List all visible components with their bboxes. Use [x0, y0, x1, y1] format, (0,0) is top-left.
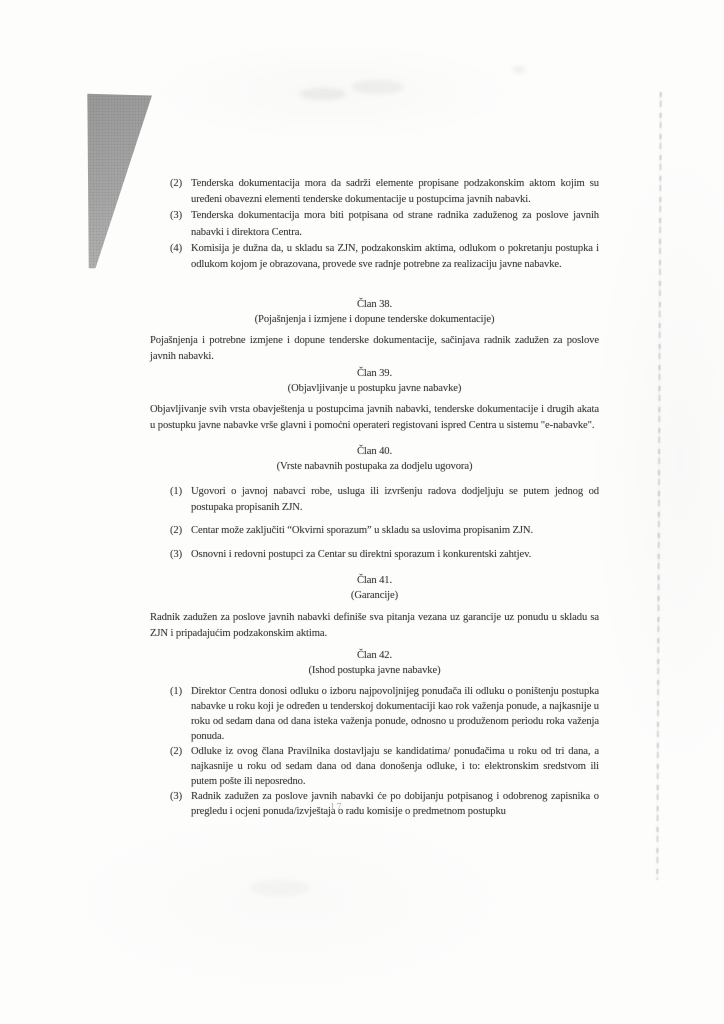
item-number: (3) [170, 547, 182, 563]
article-title: Član 39. [150, 366, 599, 381]
article-subtitle: (Garancije) [150, 588, 599, 603]
item-text: Osnovni i redovni postupci za Centar su … [191, 549, 531, 560]
scan-artifact-corner-triangle [86, 92, 154, 270]
list-item: (3) Tenderska dokumentacija mora biti po… [150, 208, 599, 240]
scan-smudge [300, 88, 346, 100]
scan-smudge [250, 880, 310, 896]
item-number: (3) [170, 789, 182, 804]
item-number: (2) [170, 176, 182, 192]
item-text: Odluke iz ovog člana Pravilnika dostavlj… [191, 746, 599, 787]
article-41: Član 41. (Garancije) Radnik zadužen za p… [150, 573, 599, 642]
article-title: Član 42. [150, 648, 599, 663]
item-text: Tenderska dokumentacija mora da sadrži e… [191, 178, 599, 205]
article-subtitle: (Ishod postupka javne nabavke) [150, 663, 599, 678]
list-item: (3) Radnik zadužen za poslove javnih nab… [150, 789, 599, 819]
scan-artifact-right-edge-line [656, 92, 661, 880]
article-39: Član 39. (Objavljivanje u postupku javne… [150, 366, 599, 434]
scan-smudge [352, 80, 404, 94]
article-title: Član 40. [150, 444, 599, 459]
article-item-list: (1) Ugovori o javnoj nabavci robe, uslug… [150, 484, 599, 563]
article-item-list: (1) Direktor Centra donosi odluku o izbo… [150, 684, 599, 819]
item-text: Komisija je dužna da, u skladu sa ZJN, p… [191, 243, 599, 270]
continued-article-items: (2) Tenderska dokumentacija mora da sadr… [150, 176, 599, 273]
item-text: Radnik zadužen za poslove javnih nabavki… [191, 791, 599, 817]
item-text: Ugovori o javnoj nabavci robe, usluga il… [191, 486, 599, 513]
list-item: (2) Tenderska dokumentacija mora da sadr… [150, 176, 599, 208]
article-title: Član 41. [150, 573, 599, 588]
scanned-document-page: (2) Tenderska dokumentacija mora da sadr… [0, 0, 724, 1024]
article-paragraph: Pojašnjenja i potrebne izmjene i dopune … [150, 333, 599, 365]
item-number: (3) [170, 208, 182, 224]
article-paragraph: Objavljivanje svih vrsta obavještenja u … [150, 402, 599, 434]
article-subtitle: (Vrste nabavnih postupaka za dodjelu ugo… [150, 459, 599, 474]
item-number: (1) [170, 484, 182, 500]
scan-smudge [512, 66, 526, 73]
list-item: (3) Osnovni i redovni postupci za Centar… [150, 547, 599, 563]
article-paragraph: Radnik zadužen za poslove javnih nabavki… [150, 610, 599, 642]
item-number: (2) [170, 523, 182, 539]
article-40: Član 40. (Vrste nabavnih postupaka za do… [150, 444, 599, 570]
article-subtitle: (Objavljivanje u postupku javne nabavke) [150, 381, 599, 396]
article-38: Član 38. (Pojašnjenja i izmjene i dopune… [150, 297, 599, 365]
article-title: Član 38. [150, 297, 599, 312]
item-text: Direktor Centra donosi odluku o izboru n… [191, 686, 599, 742]
list-item: (1) Ugovori o javnoj nabavci robe, uslug… [150, 484, 599, 516]
item-text: Tenderska dokumentacija mora biti potpis… [191, 210, 599, 237]
list-item: (1) Direktor Centra donosi odluku o izbo… [150, 684, 599, 744]
list-item: (2) Odluke iz ovog člana Pravilnika dost… [150, 744, 599, 789]
item-number: (1) [170, 684, 182, 699]
page-number: 17 [330, 802, 343, 813]
list-item: (2) Centar može zaključiti “Okvirni spor… [150, 523, 599, 539]
item-number: (4) [170, 241, 182, 257]
item-text: Centar može zaključiti “Okvirni sporazum… [191, 525, 533, 536]
article-42: Član 42. (Ishod postupka javne nabavke) … [150, 648, 599, 819]
list-item: (4) Komisija je dužna da, u skladu sa ZJ… [150, 241, 599, 273]
item-number: (2) [170, 744, 182, 759]
article-subtitle: (Pojašnjenja i izmjene i dopune tendersk… [150, 312, 599, 327]
